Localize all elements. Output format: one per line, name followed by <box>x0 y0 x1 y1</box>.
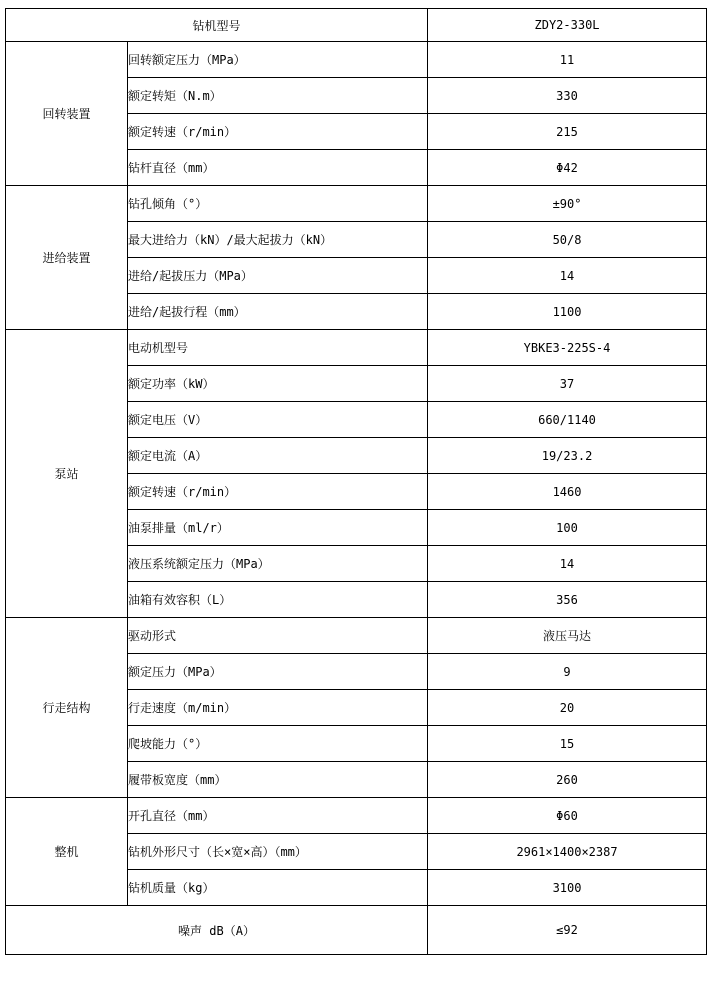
value-cell: 15 <box>428 726 707 762</box>
value-cell: 37 <box>428 366 707 402</box>
value-cell: YBKE3-225S-4 <box>428 330 707 366</box>
param-cell: 油泵排量（ml/r） <box>128 510 428 546</box>
param-cell: 额定转速（r/min） <box>128 114 428 150</box>
param-cell: 液压系统额定压力（MPa） <box>128 546 428 582</box>
value-cell: 3100 <box>428 870 707 906</box>
param-cell: 开孔直径（mm） <box>128 798 428 834</box>
value-cell: 356 <box>428 582 707 618</box>
table-row: 回转装置 回转额定压力（MPa） 11 <box>6 42 707 78</box>
model-header-label: 钻机型号 <box>6 9 428 42</box>
param-cell: 额定转速（r/min） <box>128 474 428 510</box>
param-cell: 履带板宽度（mm） <box>128 762 428 798</box>
param-cell: 电动机型号 <box>128 330 428 366</box>
table-row: 整机 开孔直径（mm） Φ60 <box>6 798 707 834</box>
value-cell: 50/8 <box>428 222 707 258</box>
value-cell: 20 <box>428 690 707 726</box>
param-cell: 钻机外形尺寸（长×宽×高）（mm） <box>128 834 428 870</box>
group-label-feed: 进给装置 <box>6 186 128 330</box>
value-cell: 100 <box>428 510 707 546</box>
value-cell: 330 <box>428 78 707 114</box>
value-cell: 14 <box>428 546 707 582</box>
value-cell: 9 <box>428 654 707 690</box>
table-row: 行走结构 驱动形式 液压马达 <box>6 618 707 654</box>
value-cell: Φ60 <box>428 798 707 834</box>
table-header-row: 钻机型号 ZDY2-330L <box>6 9 707 42</box>
param-cell: 额定转矩（N.m） <box>128 78 428 114</box>
value-cell: 14 <box>428 258 707 294</box>
param-cell: 额定功率（kW） <box>128 366 428 402</box>
value-cell: 液压马达 <box>428 618 707 654</box>
param-cell: 钻孔倾角（°） <box>128 186 428 222</box>
param-cell: 驱动形式 <box>128 618 428 654</box>
group-label-pump-station: 泵站 <box>6 330 128 618</box>
model-header-value: ZDY2-330L <box>428 9 707 42</box>
param-cell: 行走速度（m/min） <box>128 690 428 726</box>
value-cell: Φ42 <box>428 150 707 186</box>
value-cell: 660/1140 <box>428 402 707 438</box>
spec-sheet-page: 钻机型号 ZDY2-330L 回转装置 回转额定压力（MPa） 11 额定转矩（… <box>0 0 716 984</box>
noise-value: ≤92 <box>428 906 707 955</box>
noise-row: 噪声 dB（A） ≤92 <box>6 906 707 955</box>
param-cell: 回转额定压力（MPa） <box>128 42 428 78</box>
noise-label: 噪声 dB（A） <box>6 906 428 955</box>
param-cell: 钻杆直径（mm） <box>128 150 428 186</box>
param-cell: 爬坡能力（°） <box>128 726 428 762</box>
param-cell: 最大进给力（kN）/最大起拔力（kN） <box>128 222 428 258</box>
param-cell: 进给/起拔行程（mm） <box>128 294 428 330</box>
value-cell: 1100 <box>428 294 707 330</box>
group-label-rotary: 回转装置 <box>6 42 128 186</box>
value-cell: 215 <box>428 114 707 150</box>
group-label-travel-structure: 行走结构 <box>6 618 128 798</box>
param-cell: 额定电压（V） <box>128 402 428 438</box>
drill-spec-table: 钻机型号 ZDY2-330L 回转装置 回转额定压力（MPa） 11 额定转矩（… <box>5 8 707 955</box>
value-cell: 260 <box>428 762 707 798</box>
param-cell: 进给/起拔压力（MPa） <box>128 258 428 294</box>
param-cell: 额定压力（MPa） <box>128 654 428 690</box>
table-row: 泵站 电动机型号 YBKE3-225S-4 <box>6 330 707 366</box>
value-cell: 2961×1400×2387 <box>428 834 707 870</box>
param-cell: 钻机质量（kg） <box>128 870 428 906</box>
value-cell: 11 <box>428 42 707 78</box>
param-cell: 额定电流（A） <box>128 438 428 474</box>
value-cell: ±90° <box>428 186 707 222</box>
group-label-whole-machine: 整机 <box>6 798 128 906</box>
table-row: 进给装置 钻孔倾角（°） ±90° <box>6 186 707 222</box>
value-cell: 1460 <box>428 474 707 510</box>
value-cell: 19/23.2 <box>428 438 707 474</box>
param-cell: 油箱有效容积（L） <box>128 582 428 618</box>
